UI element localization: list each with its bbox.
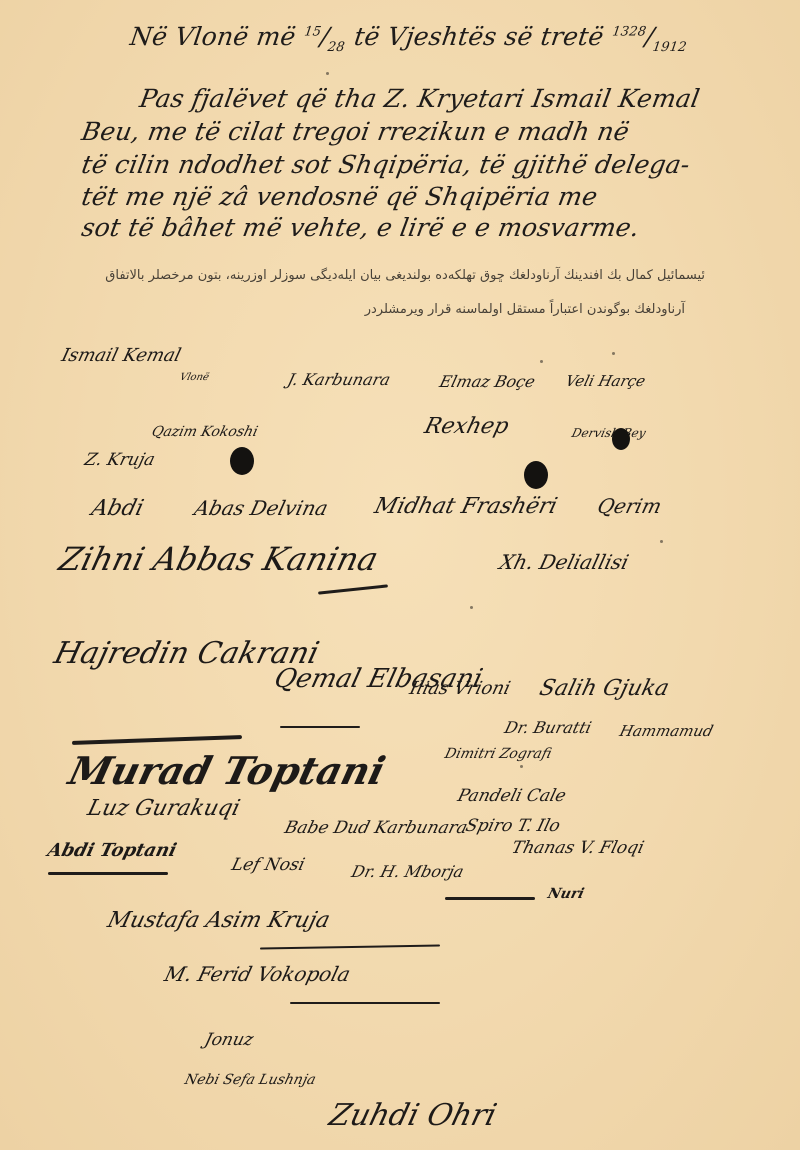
signature-underline xyxy=(445,897,535,900)
signature-flourish xyxy=(318,584,388,594)
signature: Luz Gurakuqi xyxy=(85,796,243,821)
signature-underline xyxy=(48,872,168,875)
signature: Zihni Abbas Kanina xyxy=(55,540,382,578)
body-line-3: të cilin ndodhet sot Shqipëria, të gjith… xyxy=(79,150,692,179)
signature: Spiro T. Ilo xyxy=(464,816,563,836)
signature: Abdi xyxy=(89,496,146,521)
day-top: 15 xyxy=(303,25,322,40)
signature: Z. Kruja xyxy=(83,450,158,470)
heading-month: të Vjeshtës së tretë xyxy=(352,22,605,51)
signature-underline xyxy=(280,726,360,728)
body-line-4: tët me një zâ vendosnë që Shqipëria me xyxy=(79,182,599,211)
signature-note: Vlonë xyxy=(179,372,211,383)
heading-prefix: Në Vlonë më xyxy=(128,22,297,51)
day-bottom: 28 xyxy=(327,40,346,55)
signature: Dimitri Zografi xyxy=(443,746,553,762)
wax-seal xyxy=(230,447,254,475)
signature-flourish xyxy=(260,944,440,949)
signature: Babe Dud Karbunara xyxy=(283,818,470,838)
signature: Abdi Toptani xyxy=(45,840,178,861)
signature: Abas Delvina xyxy=(192,496,331,520)
signature: Dr. Buratti xyxy=(503,718,594,737)
signature: Zuhdi Ohri xyxy=(326,1098,500,1133)
signature: Dr. H. Mborja xyxy=(350,862,466,881)
wax-seal xyxy=(524,461,548,489)
signature: Ismail Kemal xyxy=(59,345,183,366)
ottoman-line-1: ئیسمائیل کمال بك افندینك آرناودلغك ڇوق ت… xyxy=(25,268,705,283)
signature: Elmaz Boçe xyxy=(438,372,538,391)
speck xyxy=(612,352,615,355)
signature: Murad Toptani xyxy=(64,748,389,793)
signature: Qazim Kokoshi xyxy=(150,424,260,440)
body-line-2: Beu, me të cilat tregoi rrezikun e madh … xyxy=(79,117,631,146)
signature-underline xyxy=(290,1002,440,1004)
signature: Mustafa Asim Kruja xyxy=(105,908,333,933)
signature: Nuri xyxy=(546,886,586,902)
speck xyxy=(660,540,663,543)
wax-seal xyxy=(612,428,630,450)
signature: Veli Harçe xyxy=(564,372,648,390)
signature: Rexhep xyxy=(422,414,511,439)
signature: Lef Nosi xyxy=(230,855,307,875)
year-top: 1328 xyxy=(611,25,647,40)
signature: J. Karbunara xyxy=(286,370,393,389)
body-line-5: sot të bâhet më vehte, e lirë e e mosvar… xyxy=(79,213,641,242)
ottoman-line-2: آرناودلغك بوگوندن اعتباراً مستقل اولماسن… xyxy=(165,302,685,317)
signature: Thanas V. Floqi xyxy=(510,838,647,858)
speck xyxy=(470,606,473,609)
speck xyxy=(326,72,329,75)
signature: M. Ferid Vokopola xyxy=(162,962,353,986)
signature: Ilias Vrioni xyxy=(407,678,512,699)
document-page: Në Vlonë më 15/28 të Vjeshtës së tretë 1… xyxy=(0,0,800,1150)
signature: Salih Gjuka xyxy=(537,676,672,701)
signature: Dervish Bey xyxy=(570,426,647,440)
document-heading: Në Vlonë më 15/28 të Vjeshtës së tretë 1… xyxy=(128,22,690,55)
signature: Pandeli Cale xyxy=(456,786,569,806)
speck xyxy=(540,360,543,363)
signature: Midhat Frashëri xyxy=(372,494,560,519)
signature: Qerim xyxy=(595,494,664,518)
year-bottom: 1912 xyxy=(652,40,688,55)
signature: Nebi Sefa Lushnja xyxy=(183,1072,317,1088)
signature: Jonuz xyxy=(203,1030,256,1050)
body-line-1: Pas fjalëvet që tha Z. Kryetari Ismail K… xyxy=(137,84,702,113)
speck xyxy=(520,765,523,768)
signature: Hammamud xyxy=(618,722,715,740)
signature-flourish xyxy=(72,735,242,745)
signature: Xh. Deliallisi xyxy=(497,550,631,574)
